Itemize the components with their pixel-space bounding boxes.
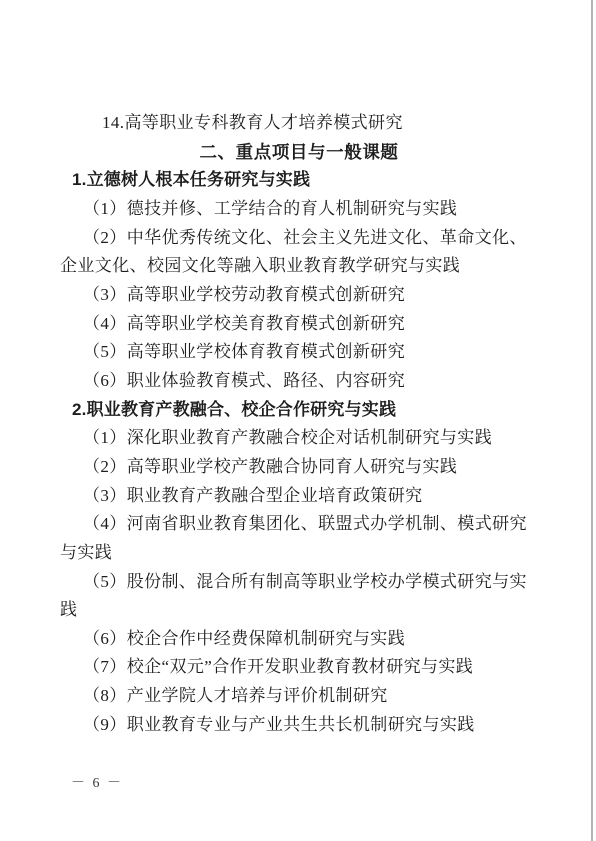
text-line: （3）职业教育产教融合型企业培育政策研究	[60, 482, 538, 511]
document-body: 14.高等职业专科教育人才培养模式研究二、重点项目与一般课题1.立德树人根本任务…	[60, 109, 538, 739]
text-line: 企业文化、校园文化等融入职业教育教学研究与实践	[60, 252, 538, 281]
text-line: （3）高等职业学校劳动教育模式创新研究	[60, 281, 538, 310]
text-line: （4）高等职业学校美育教育模式创新研究	[60, 310, 538, 339]
text-line: （2）高等职业学校产教融合协同育人研究与实践	[60, 453, 538, 482]
text-line: （1）德技并修、工学结合的育人机制研究与实践	[60, 195, 538, 224]
page-number: － 6 －	[71, 772, 123, 792]
text-line: （2）中华优秀传统文化、社会主义先进文化、革命文化、	[60, 224, 538, 253]
text-line: （6）职业体验教育模式、路径、内容研究	[60, 367, 538, 396]
text-line: （1）深化职业教育产教融合校企对话机制研究与实践	[60, 424, 538, 453]
scan-edge-line	[591, 0, 593, 841]
part-title: 二、重点项目与一般课题	[60, 138, 538, 167]
text-line: （5）高等职业学校体育教育模式创新研究	[60, 338, 538, 367]
section-heading: 1.立德树人根本任务研究与实践	[60, 166, 538, 195]
text-line: （7）校企“双元”合作开发职业教育教材研究与实践	[60, 653, 538, 682]
text-line: （9）职业教育专业与产业共生共长机制研究与实践	[60, 711, 538, 740]
list-item-line: 14.高等职业专科教育人才培养模式研究	[60, 109, 538, 138]
text-line: （4）河南省职业教育集团化、联盟式办学机制、模式研究	[60, 510, 538, 539]
section-heading: 2.职业教育产教融合、校企合作研究与实践	[60, 396, 538, 425]
text-line: （5）股份制、混合所有制高等职业学校办学模式研究与实	[60, 568, 538, 597]
text-line: 践	[60, 596, 538, 625]
text-line: 与实践	[60, 539, 538, 568]
document-page: 14.高等职业专科教育人才培养模式研究二、重点项目与一般课题1.立德树人根本任务…	[0, 0, 596, 841]
text-line: （6）校企合作中经费保障机制研究与实践	[60, 625, 538, 654]
text-line: （8）产业学院人才培养与评价机制研究	[60, 682, 538, 711]
